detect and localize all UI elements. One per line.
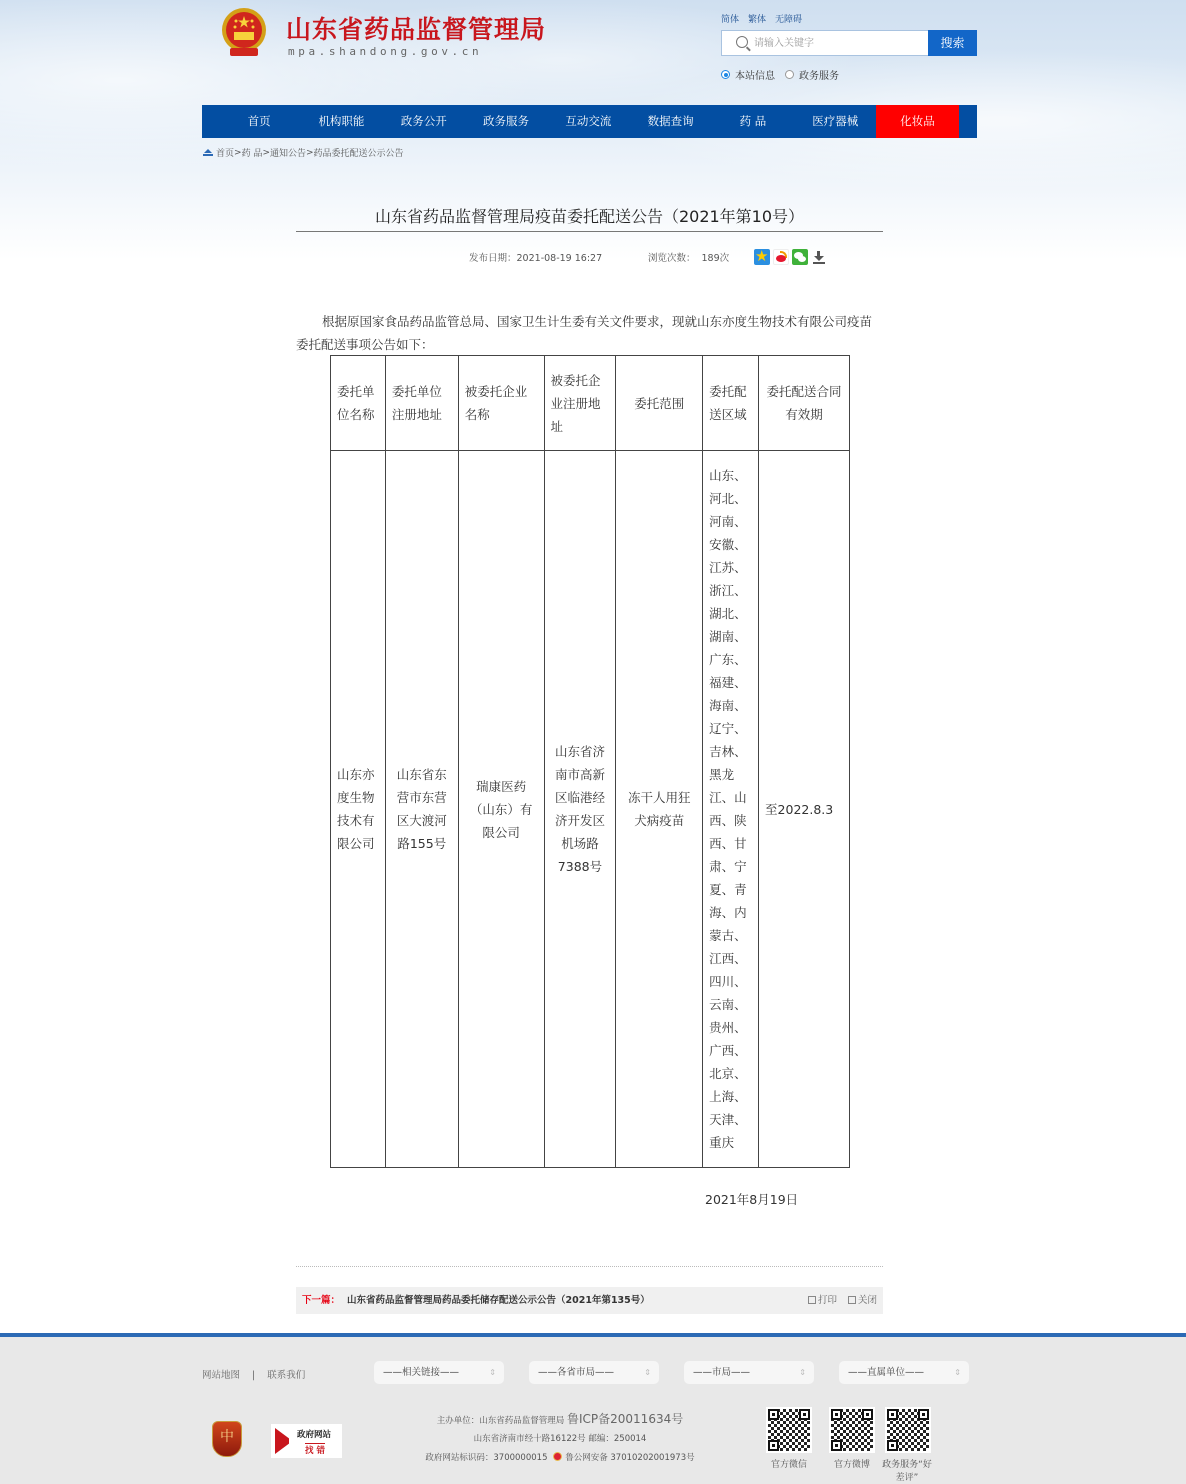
nav-interaction[interactable]: 互动交流 xyxy=(547,105,629,138)
city-bureaus-select[interactable]: ——市局—— xyxy=(684,1361,814,1384)
sign-date: 2021年8月19日 xyxy=(705,1190,798,1208)
table-cell-consignee: 瑞康医药（山东）有限公司 xyxy=(458,451,544,1168)
view-count: 浏览次数：189次 xyxy=(648,250,729,264)
share-toolbar xyxy=(754,249,827,265)
table-header: 委托单位注册地址 xyxy=(385,356,458,451)
nav-gov-affairs-open[interactable]: 政务公开 xyxy=(383,105,465,138)
breadcrumb: 首页>药 品>通知公告>药品委托配送公示公告 xyxy=(203,146,404,159)
qr-code-feedback xyxy=(885,1407,931,1453)
next-article-link[interactable]: 山东省药品监督管理局药品委托储存配送公示公告（2021年第135号） xyxy=(347,1287,650,1314)
footer-links: 网站地图|联系我们 xyxy=(202,1367,305,1381)
qr-label-wechat: 官方微信 xyxy=(759,1459,819,1472)
article-tools: 打印 关闭 xyxy=(800,1287,877,1314)
lang-traditional-link[interactable]: 繁体 xyxy=(748,15,766,25)
main-nav: 首页 机构职能 政务公开 政务服务 互动交流 数据查询 药 品 医疗器械 化妆品 xyxy=(202,105,977,138)
nav-cosmetics[interactable]: 化妆品 xyxy=(876,105,958,138)
table-header: 委托配送区域 xyxy=(703,356,759,451)
close-button[interactable]: 关闭 xyxy=(848,1295,877,1306)
footer-codes: 政府网站标识码：3700000015 鲁公网安备 37010202001973号 xyxy=(420,1451,700,1463)
nav-gov-service[interactable]: 政务服务 xyxy=(465,105,547,138)
table-header-row: 委托单位名称 委托单位注册地址 被委托企业名称 被委托企业注册地址 委托范围 委… xyxy=(331,356,850,451)
dotted-divider xyxy=(296,1266,883,1267)
table-cell-scope: 冻干人用狂犬病疫苗 xyxy=(616,451,703,1168)
footer-address: 山东省济南市经十路16122号 邮编：250014 xyxy=(420,1432,700,1444)
nav-drugs[interactable]: 药 品 xyxy=(712,105,794,138)
table-cell-consignor: 山东亦度生物技术有限公司 xyxy=(331,451,386,1168)
breadcrumb-drugs[interactable]: 药 品 xyxy=(242,146,263,159)
accessibility-link[interactable]: 无障碍 xyxy=(775,15,802,25)
contact-link[interactable]: 联系我们 xyxy=(267,1370,305,1381)
table-header: 被委托企业注册地址 xyxy=(544,356,616,451)
police-badge-icon xyxy=(553,1452,562,1461)
party-gov-badge-icon: 中 xyxy=(220,1429,234,1445)
scope-option-gov-service[interactable]: 政务服务 xyxy=(785,67,839,82)
article-intro: 根据原国家食品药品监管总局、国家卫生计生委有关文件要求，现就山东亦度生物技术有限… xyxy=(296,310,883,356)
nav-organization[interactable]: 机构职能 xyxy=(300,105,382,138)
table-cell-consignee-address: 山东省济南市高新区临港经济开发区机场路7388号 xyxy=(544,451,616,1168)
radio-unchecked-icon xyxy=(785,70,794,79)
site-domain: mpa.shandong.gov.cn xyxy=(288,45,482,58)
breadcrumb-home[interactable]: 首页 xyxy=(216,146,234,159)
weibo-icon[interactable] xyxy=(773,249,789,265)
print-button[interactable]: 打印 xyxy=(808,1295,837,1306)
close-icon xyxy=(848,1296,856,1304)
nav-medical-devices[interactable]: 医疗器械 xyxy=(794,105,876,138)
breadcrumb-notices[interactable]: 通知公告 xyxy=(270,146,306,159)
delivery-table: 委托单位名称 委托单位注册地址 被委托企业名称 被委托企业注册地址 委托范围 委… xyxy=(330,355,850,1168)
search-button[interactable]: 搜索 xyxy=(928,30,977,56)
wechat-icon[interactable] xyxy=(792,249,808,265)
table-cell-consignor-address: 山东省东营市东营区大渡河路155号 xyxy=(385,451,458,1168)
table-header: 委托单位名称 xyxy=(331,356,386,451)
search-box xyxy=(721,30,929,56)
nav-home[interactable]: 首页 xyxy=(218,105,300,138)
related-links-select[interactable]: ——相关链接—— xyxy=(374,1361,504,1384)
national-emblem-icon xyxy=(218,6,270,60)
next-article-bar: 下一篇： 山东省药品监督管理局药品委托储存配送公示公告（2021年第135号） … xyxy=(296,1287,883,1314)
icp-link[interactable]: 鲁ICP备20011634号 xyxy=(567,1412,683,1426)
favorite-icon[interactable] xyxy=(754,249,770,265)
site-title[interactable]: 山东省药品监督管理局 xyxy=(286,10,546,46)
table-cell-regions: 山东、河北、河南、安徽、江苏、浙江、湖北、湖南、广东、福建、海南、辽宁、吉林、黑… xyxy=(703,451,759,1168)
language-links: 简体繁体无障碍 xyxy=(721,12,811,25)
next-label: 下一篇： xyxy=(302,1287,340,1314)
qr-code-weibo xyxy=(829,1407,875,1453)
nav-data-query[interactable]: 数据查询 xyxy=(629,105,711,138)
home-icon xyxy=(203,149,213,157)
print-icon xyxy=(808,1296,816,1304)
lang-simplified-link[interactable]: 简体 xyxy=(721,15,739,25)
affiliated-units-select[interactable]: ——直属单位—— xyxy=(839,1361,969,1384)
party-gov-badge[interactable]: 中 xyxy=(212,1421,242,1457)
title-divider xyxy=(296,231,883,232)
footer: 网站地图|联系我们 ——相关链接—— ——各省市局—— ——市局—— ——直属单… xyxy=(0,1333,1186,1484)
sitemap-link[interactable]: 网站地图 xyxy=(202,1370,240,1381)
download-icon[interactable] xyxy=(811,249,827,265)
search-input[interactable] xyxy=(754,31,924,55)
search-icon xyxy=(736,36,748,48)
table-cell-validity: 至2022.8.3 xyxy=(759,451,850,1168)
gov-site-error-report-badge[interactable]: 政府网站 找 错 xyxy=(271,1424,342,1458)
qr-label-feedback: 政务服务“好差评” xyxy=(878,1459,936,1484)
qr-code-wechat xyxy=(766,1407,812,1453)
article-title: 山东省药品监督管理局疫苗委托配送公告（2021年第10号） xyxy=(296,204,883,227)
table-header: 被委托企业名称 xyxy=(458,356,544,451)
radio-checked-icon xyxy=(721,70,730,79)
table-row: 山东亦度生物技术有限公司 山东省东营市东营区大渡河路155号 瑞康医药（山东）有… xyxy=(331,451,850,1168)
footer-sponsor: 主办单位：山东省药品监督管理局 鲁ICP备20011634号 xyxy=(420,1410,700,1427)
scope-option-site[interactable]: 本站信息 xyxy=(721,67,775,82)
table-header: 委托配送合同有效期 xyxy=(759,356,850,451)
qr-label-weibo: 官方微博 xyxy=(822,1459,882,1472)
search-scope: 本站信息 政务服务 xyxy=(721,67,849,82)
error-report-flag-icon xyxy=(275,1428,289,1454)
provincial-bureaus-select[interactable]: ——各省市局—— xyxy=(529,1361,659,1384)
table-header: 委托范围 xyxy=(616,356,703,451)
publish-date: 发布日期：2021-08-19 16:27 xyxy=(469,250,602,264)
breadcrumb-current[interactable]: 药品委托配送公示公告 xyxy=(314,146,404,159)
police-record-link[interactable]: 鲁公网安备 37010202001973号 xyxy=(565,1453,694,1463)
